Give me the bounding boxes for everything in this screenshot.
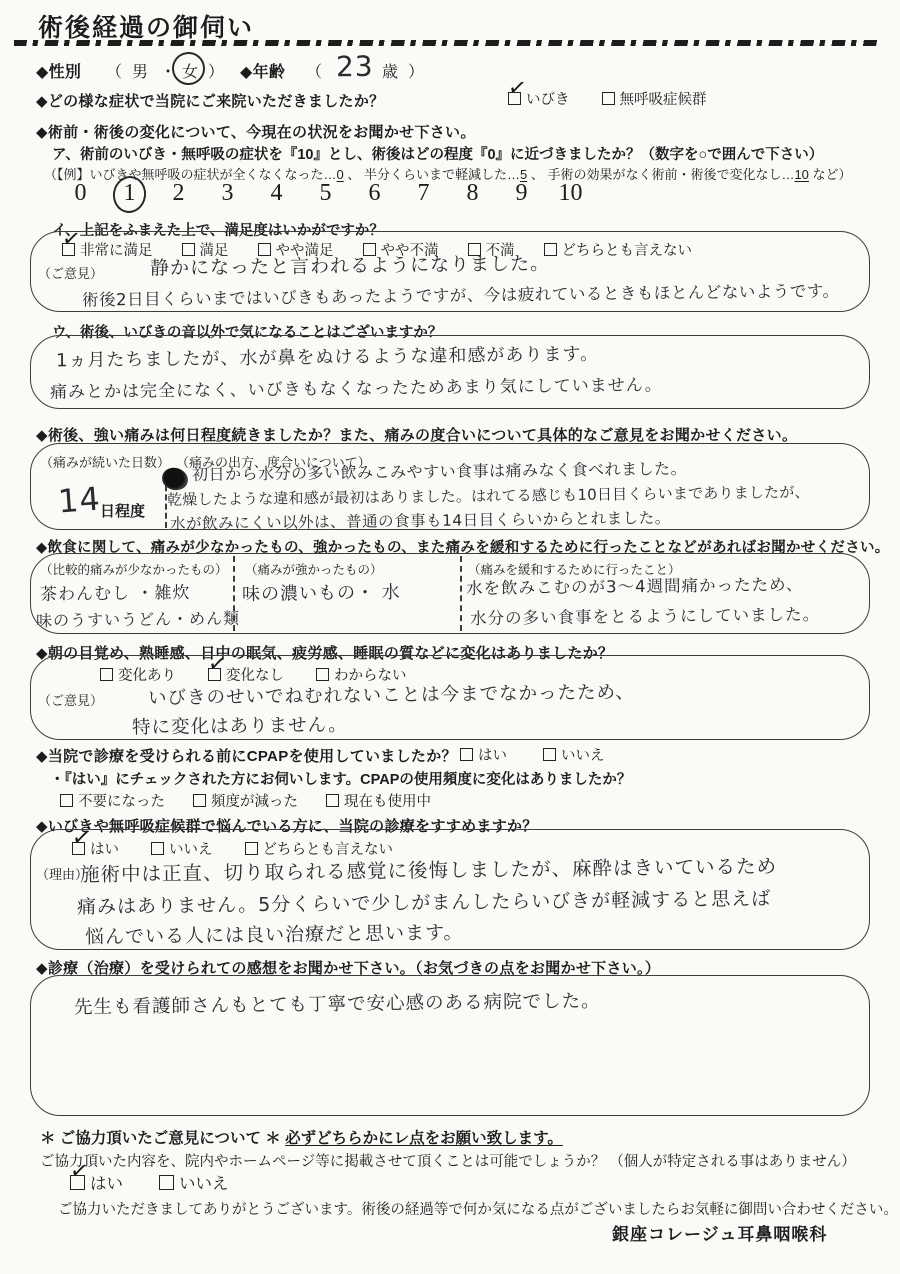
checkbox-box-icon: ✓ bbox=[543, 748, 556, 761]
checkbox-box-icon: ✓ bbox=[62, 243, 75, 256]
check-icon: ✓ bbox=[207, 653, 228, 677]
checkbox-box-icon: ✓ bbox=[100, 668, 113, 681]
cpap-question-2: ・『はい』にチェックされた方にお伺いします。CPAPの使用頻度に変化はありました… bbox=[50, 768, 631, 789]
checkbox-cpap-no[interactable]: ✓ いいえ bbox=[543, 744, 605, 765]
age-paren-open: （ bbox=[306, 59, 322, 82]
checkbox-label: いいえ bbox=[169, 838, 213, 859]
change-heading: ◆術前・術後の変化について、今現在の状況をお聞かせ下さい。 bbox=[36, 121, 476, 142]
reason-line-3: 悩んでいる人には良い治療だと思います。 bbox=[85, 918, 464, 950]
checkbox-box-icon: ✓ bbox=[60, 794, 73, 807]
scale-number-0[interactable]: 0 bbox=[56, 180, 105, 207]
checkbox-label: いいえ bbox=[179, 1170, 229, 1194]
checkbox-box-icon: ✓ bbox=[208, 668, 221, 681]
checkbox-label: はい bbox=[478, 744, 507, 765]
example-part: など） bbox=[809, 167, 852, 182]
publish-question: ご協力頂いた内容を、院内やホームページ等に掲載させて頂くことは可能でしょうか？ … bbox=[40, 1150, 856, 1171]
scale-number-3[interactable]: 3 bbox=[203, 180, 252, 207]
comment-label: （ご意見） bbox=[38, 263, 103, 282]
checkbox-snoring[interactable]: ✓ いびき bbox=[508, 88, 570, 109]
clinic-name: 銀座コレージュ耳鼻咽喉科 bbox=[612, 1220, 827, 1245]
title-divider bbox=[14, 40, 878, 46]
checkbox-label: 不要になった bbox=[78, 790, 165, 811]
scale-number-9[interactable]: 9 bbox=[497, 180, 546, 207]
checkbox-box-icon: ✓ bbox=[72, 842, 85, 855]
pain-days-label: （痛みが続いた日数） bbox=[40, 452, 170, 471]
checkbox-label: はい bbox=[90, 838, 119, 859]
checkbox-label: 変化あり bbox=[118, 664, 176, 685]
sex-label: ◆性別 bbox=[36, 59, 81, 82]
footer-note: ＊ ご協力頂いたご意見について ＊ 必ずどちらかにレ点をお願い致します。 bbox=[40, 1126, 563, 1148]
checkbox-label: はい bbox=[90, 1170, 123, 1194]
diet-col2-label: （痛みが強かったもの） bbox=[245, 560, 383, 578]
checkbox-still-using[interactable]: ✓ 現在も使用中 bbox=[326, 790, 431, 811]
checkbox-label: どちらとも言えない bbox=[562, 239, 693, 260]
pain-heading: ◆術後、強い痛みは何日程度続きましたか？また、痛みの度合いについて具体的なご意見… bbox=[36, 424, 797, 445]
questionnaire-page: 術後経過の御伺い ◆性別 （ 男 ・ 女 ） ◆年齢 （ 23 歳 ） ◆どの様… bbox=[0, 0, 900, 1274]
sleep-comment-line-2: 特に変化はありません。 bbox=[132, 711, 348, 740]
pain-days-unit: 日程度 bbox=[100, 500, 145, 521]
check-icon: ✓ bbox=[71, 827, 92, 851]
diet-col1-label: （比較的痛みが少なかったもの） bbox=[40, 560, 228, 578]
sex-paren-open: （ bbox=[106, 59, 122, 82]
checkbox-label: 非常に満足 bbox=[80, 239, 153, 260]
checkbox-label: いびき bbox=[526, 88, 570, 109]
question-a: ア、術前のいびき・無呼吸の症状を『10』とし、術後はどの程度『0』に近づきました… bbox=[52, 143, 823, 164]
diet-col1-line-1: 茶わんむし ・雑炊 bbox=[40, 578, 191, 605]
pain-days-value-handwritten: 14 bbox=[57, 480, 102, 521]
cpap-question-1: ◆当院で診療を受けられる前にCPAPを使用していましたか？ bbox=[36, 745, 457, 766]
scale-number-4[interactable]: 4 bbox=[252, 180, 301, 207]
diet-divider-2 bbox=[460, 556, 462, 631]
checkbox-box-icon: ✓ bbox=[151, 842, 164, 855]
check-icon: ✓ bbox=[69, 1159, 90, 1183]
checkbox-box-icon: ✓ bbox=[70, 1175, 85, 1190]
scale-number-7[interactable]: 7 bbox=[399, 180, 448, 207]
satisfaction-comment-line-1: 静かになったと言われるようになりました。 bbox=[150, 249, 550, 281]
checkbox-cpap-yes[interactable]: ✓ はい bbox=[460, 744, 507, 765]
diet-col1-line-2: 味のうすいうどん・めん類 bbox=[36, 606, 240, 631]
checkbox-box-icon: ✓ bbox=[460, 748, 473, 761]
checkbox-recommend-no[interactable]: ✓ いいえ bbox=[151, 838, 213, 859]
checkbox-box-icon: ✓ bbox=[159, 1175, 174, 1190]
checkbox-publish-no[interactable]: ✓ いいえ bbox=[159, 1170, 229, 1194]
checkbox-box-icon: ✓ bbox=[193, 794, 206, 807]
checkbox-box-icon: ✓ bbox=[316, 668, 329, 681]
checkbox-recommend-yes[interactable]: ✓ はい bbox=[72, 838, 119, 859]
checkbox-apnea[interactable]: ✓ 無呼吸症候群 bbox=[602, 88, 707, 109]
example-value-10: 10 bbox=[794, 167, 808, 182]
diet-col3-line-1: 水を飲みこむのが3～4週間痛かったため、 bbox=[466, 571, 804, 599]
checkbox-label: 無呼吸症候群 bbox=[620, 88, 707, 109]
scale-number-5[interactable]: 5 bbox=[301, 180, 350, 207]
thanks-message: ご協力いただきましてありがとうございます。術後の経過等で何か気になる点がございま… bbox=[58, 1198, 898, 1219]
age-unit: 歳 bbox=[382, 59, 398, 82]
checkbox-box-icon: ✓ bbox=[508, 92, 521, 105]
checkbox-label: いいえ bbox=[561, 744, 605, 765]
check-icon: ✓ bbox=[61, 228, 82, 252]
sex-paren-close: ） bbox=[208, 59, 224, 82]
check-icon: ✓ bbox=[507, 77, 528, 101]
checkbox-publish-yes[interactable]: ✓ はい bbox=[70, 1170, 123, 1194]
age-value-handwritten: 23 bbox=[336, 50, 374, 83]
checkbox-no-longer-needed[interactable]: ✓ 不要になった bbox=[60, 790, 165, 811]
checkbox-box-icon: ✓ bbox=[602, 92, 615, 105]
checkbox-box-icon: ✓ bbox=[326, 794, 339, 807]
scale-number-6[interactable]: 6 bbox=[350, 180, 399, 207]
checkbox-label: 現在も使用中 bbox=[344, 790, 431, 811]
age-label: ◆年齢 bbox=[240, 59, 285, 82]
checkbox-changed[interactable]: ✓ 変化あり bbox=[100, 664, 176, 685]
footer-note-bold: 必ずどちらかにレ点をお願い致します。 bbox=[285, 1130, 563, 1147]
checkbox-very-satisfied[interactable]: ✓ 非常に満足 bbox=[62, 239, 153, 260]
symptom-question: ◆どの様な症状で当院にご来院いただきましたか？ bbox=[36, 90, 384, 111]
checkbox-label: 頻度が減った bbox=[211, 790, 298, 811]
checkbox-neither[interactable]: ✓ どちらとも言えない bbox=[544, 239, 693, 260]
age-paren-close: ） bbox=[408, 59, 424, 82]
sex-option-male[interactable]: 男 bbox=[132, 59, 148, 82]
scale-number-10[interactable]: 10 bbox=[546, 180, 595, 207]
diet-col2-line-1: 味の濃いもの・ 水 bbox=[242, 578, 401, 606]
diet-col3-line-2: 水分の多い食事をとるようにしていました。 bbox=[470, 601, 820, 629]
checkbox-frequency-decreased[interactable]: ✓ 頻度が減った bbox=[193, 790, 298, 811]
scale-number-8[interactable]: 8 bbox=[448, 180, 497, 207]
scale-number-2[interactable]: 2 bbox=[154, 180, 203, 207]
footer-note-prefix: ＊ ご協力頂いたご意見について ＊ bbox=[40, 1130, 285, 1147]
page-title: 術後経過の御伺い bbox=[38, 8, 254, 44]
comment-label: （ご意見） bbox=[38, 690, 103, 709]
checkbox-box-icon: ✓ bbox=[245, 842, 258, 855]
